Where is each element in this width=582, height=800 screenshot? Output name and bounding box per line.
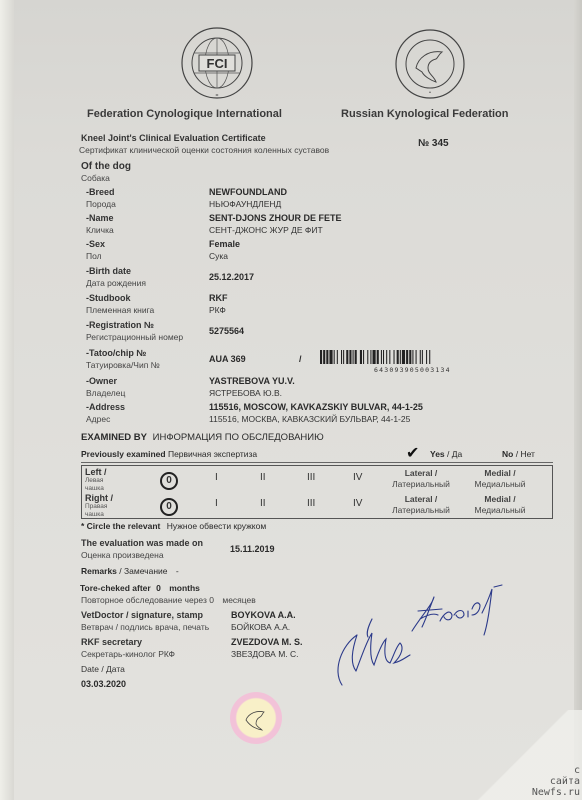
dog-section-ru: Собака	[81, 173, 110, 183]
grade-label: III	[307, 472, 315, 483]
grade-option[interactable]: III	[307, 472, 315, 483]
field-label-en: -Tatoo/chip №	[86, 348, 146, 358]
field-value-en: AUA 369	[209, 354, 246, 364]
grade-row-side: Left /Леваячашка	[85, 467, 107, 493]
recheck-unit-ru: месяцев	[222, 595, 255, 605]
rkf-logo-icon: •	[394, 28, 466, 100]
no-option[interactable]: No / Нет	[502, 449, 535, 459]
recheck-ru: Повторное обследование через 0 месяцев	[81, 595, 256, 605]
field-value-en: 25.12.2017	[209, 272, 254, 282]
recheck-value-ru: 0	[209, 595, 214, 605]
grade-label: IV	[353, 498, 362, 509]
side-label-ru-2: чашка	[85, 485, 107, 493]
examined-heading-ru: ИНФОРМАЦИЯ ПО ОБСЛЕДОВАНИЮ	[153, 432, 324, 443]
field-label-en: -Registration №	[86, 320, 154, 330]
remarks-label-en: Remarks	[81, 566, 117, 576]
field-label-ru: Адрес	[86, 414, 110, 424]
field-value-ru: 115516, МОСКВА, КАВКАЗСКИЙ БУЛЬВАР, 44-1…	[209, 414, 410, 424]
certificate-title-en: Kneel Joint's Clinical Evaluation Certif…	[81, 133, 266, 143]
field-label-ru: Дата рождения	[86, 278, 146, 288]
grade-option[interactable]: II	[260, 498, 266, 509]
grade-option[interactable]: IV	[353, 498, 362, 509]
certificate-number: № 345	[418, 138, 449, 149]
circle-note-ru: Нужное обвести кружком	[167, 521, 266, 531]
circle-note: * Circle the relevant Нужное обвести кру…	[81, 521, 266, 531]
field-value-en: 5275564	[209, 326, 244, 336]
svg-text:=: =	[216, 93, 219, 99]
lateral-option[interactable]: Lateral /Латериальный	[385, 494, 457, 515]
chip-barcode-number: 643093905003134	[374, 366, 451, 374]
field-label-ru: Порода	[86, 199, 116, 209]
field-label-ru: Племенная книга	[86, 305, 154, 315]
rkf-hologram-stamp	[230, 692, 282, 744]
lateral-option[interactable]: Lateral /Латериальный	[385, 468, 457, 489]
field-value-ru: РКФ	[209, 305, 226, 315]
medial-option[interactable]: Medial /Медиальный	[464, 468, 536, 489]
yes-label-ru: / Да	[447, 449, 462, 459]
rkf-org-name: Russian Kynological Federation	[341, 108, 508, 120]
watermark-line-1: с	[574, 765, 580, 776]
fci-org-name: Federation Cynologique International	[87, 108, 282, 120]
previously-examined: Previously examined Первичная экспертиза	[81, 449, 257, 459]
remarks-value: -	[176, 566, 179, 576]
field-label-en: -Birth date	[86, 266, 131, 276]
lateral-option-ru: Латериальный	[385, 479, 457, 489]
secretary-label-ru: Секретарь-кинолог РКФ	[81, 649, 175, 659]
svg-text:FCI: FCI	[207, 56, 228, 71]
field-value-en: RKF	[209, 293, 228, 303]
field-value-en: Female	[209, 239, 240, 249]
grade-option[interactable]: III	[307, 498, 315, 509]
lateral-option-ru: Латериальный	[385, 505, 457, 515]
field-label-ru: Владелец	[86, 388, 125, 398]
vet-label-ru: Ветврач / подлись врача, печать	[81, 622, 209, 632]
secretary-name-ru: ЗВЕЗДОВА М. С.	[231, 649, 299, 659]
field-value-ru: НЬЮФАУНДЛЕНД	[209, 199, 281, 209]
examined-heading: EXAMINED BY ИНФОРМАЦИЯ ПО ОБСЛЕДОВАНИЮ	[81, 432, 324, 443]
field-label-ru: Татуировка/Чип №	[86, 360, 160, 370]
grade-label: I	[215, 498, 218, 509]
grade-label: II	[260, 472, 266, 483]
field-label-ru: Кличка	[86, 225, 114, 235]
field-value-en: YASTREBOVA YU.V.	[209, 376, 295, 386]
grade-option[interactable]: I	[215, 498, 218, 509]
grade-label: 0	[160, 472, 178, 490]
grade-option[interactable]: I	[215, 472, 218, 483]
remarks-label-ru: / Замечание	[119, 566, 167, 576]
recheck-en: Tore-cheked after 0 months	[80, 583, 200, 593]
grade-option-selected[interactable]: 0	[160, 472, 178, 490]
grade-option[interactable]: IV	[353, 472, 362, 483]
field-value-en: NEWFOUNDLAND	[209, 187, 287, 197]
field-label-en: -Address	[86, 402, 125, 412]
medial-option-ru: Медиальный	[464, 505, 536, 515]
side-label-ru: Левая	[85, 477, 107, 485]
field-value-en: SENT-DJONS ZHOUR DE FETE	[209, 213, 342, 223]
field-label-en: -Owner	[86, 376, 117, 386]
medial-option-ru: Медиальный	[464, 479, 536, 489]
circle-note-en: * Circle the relevant	[81, 521, 160, 531]
lateral-option-en: Lateral /	[385, 468, 457, 478]
field-label-en: -Sex	[86, 239, 105, 249]
recheck-label-en: Tore-cheked after	[80, 583, 151, 593]
date-value: 03.03.2020	[81, 679, 126, 689]
field-label-ru: Пол	[86, 251, 102, 261]
chip-separator: /	[299, 354, 302, 364]
recheck-unit-en: months	[169, 583, 200, 593]
grade-label: II	[260, 498, 266, 509]
field-label-en: -Name	[86, 213, 114, 223]
grade-option-selected[interactable]: 0	[160, 498, 178, 516]
medial-option-en: Medial /	[464, 494, 536, 504]
no-label-ru: / Нет	[516, 449, 535, 459]
recheck-value: 0	[156, 583, 161, 593]
evaluation-label-en: The evaluation was made on	[81, 538, 203, 548]
svg-text:•: •	[429, 90, 431, 96]
previously-examined-ru: Первичная экспертиза	[168, 449, 257, 459]
side-label-ru-2: чашка	[85, 511, 113, 519]
grades-table: Left /Леваячашка0IIIIIIIVLateral /Латери…	[81, 465, 553, 519]
grade-row-side: Right /Праваячашка	[85, 493, 113, 519]
medial-option[interactable]: Medial /Медиальный	[464, 494, 536, 515]
date-label: Date / Дата	[81, 664, 125, 674]
secretary-name-en: ZVEZDOVA M. S.	[231, 637, 303, 647]
field-value-ru: Сука	[209, 251, 228, 261]
remarks: Remarks / Замечание -	[81, 566, 179, 576]
field-label-ru: Регистрационный номер	[86, 332, 183, 342]
field-label-en: -Studbook	[86, 293, 131, 303]
grade-option[interactable]: II	[260, 472, 266, 483]
fci-logo-icon: FCI =	[180, 26, 254, 100]
paper-edge-right	[574, 0, 582, 800]
evaluation-date: 15.11.2019	[230, 544, 275, 554]
vet-name-ru: БОЙКОВА А.А.	[231, 622, 290, 632]
evaluation-label-ru: Оценка произведена	[81, 550, 164, 560]
medial-option-en: Medial /	[464, 468, 536, 478]
previously-examined-en: Previously examined	[81, 449, 166, 459]
dog-section-en: Of the dog	[81, 161, 131, 172]
vet-label-en: VetDoctor / signature, stamp	[81, 610, 203, 620]
field-value-en: 115516, MOSCOW, KAVKAZSKIY BULVAR, 44-1-…	[209, 402, 423, 412]
recheck-label-ru: Повторное обследование через	[81, 595, 207, 605]
vet-name-en: BOYKOVA A.A.	[231, 610, 296, 620]
yes-label-en: Yes	[430, 449, 445, 459]
certificate-title-ru: Сертификат клинической оценки состояния …	[79, 145, 329, 155]
side-label-en: Right /	[85, 493, 113, 503]
secretary-label-en: RKF secretary	[81, 637, 142, 647]
field-value-ru: СЕНТ-ДЖОНС ЖУР ДЕ ФИТ	[209, 225, 323, 235]
yes-check-icon: ✔	[406, 443, 419, 463]
chip-barcode	[320, 350, 526, 364]
grade-label: I	[215, 472, 218, 483]
signature-vet	[322, 575, 552, 695]
field-label-en: -Breed	[86, 187, 115, 197]
paper-edge-left	[0, 0, 14, 800]
yes-option[interactable]: Yes / Да	[430, 449, 462, 459]
examined-heading-en: EXAMINED BY	[81, 432, 147, 443]
section-divider	[81, 462, 553, 463]
no-label-en: No	[502, 449, 513, 459]
watermark-line-2: сайта	[550, 776, 580, 787]
lateral-option-en: Lateral /	[385, 494, 457, 504]
side-label-ru: Правая	[85, 503, 113, 511]
grade-label: IV	[353, 472, 362, 483]
grade-label: III	[307, 498, 315, 509]
dog-head-icon	[230, 692, 282, 744]
side-label-en: Left /	[85, 467, 107, 477]
grade-label: 0	[160, 498, 178, 516]
field-value-ru: ЯСТРЕБОВА Ю.В.	[209, 388, 282, 398]
watermark-line-3: Newfs.ru	[532, 787, 580, 798]
